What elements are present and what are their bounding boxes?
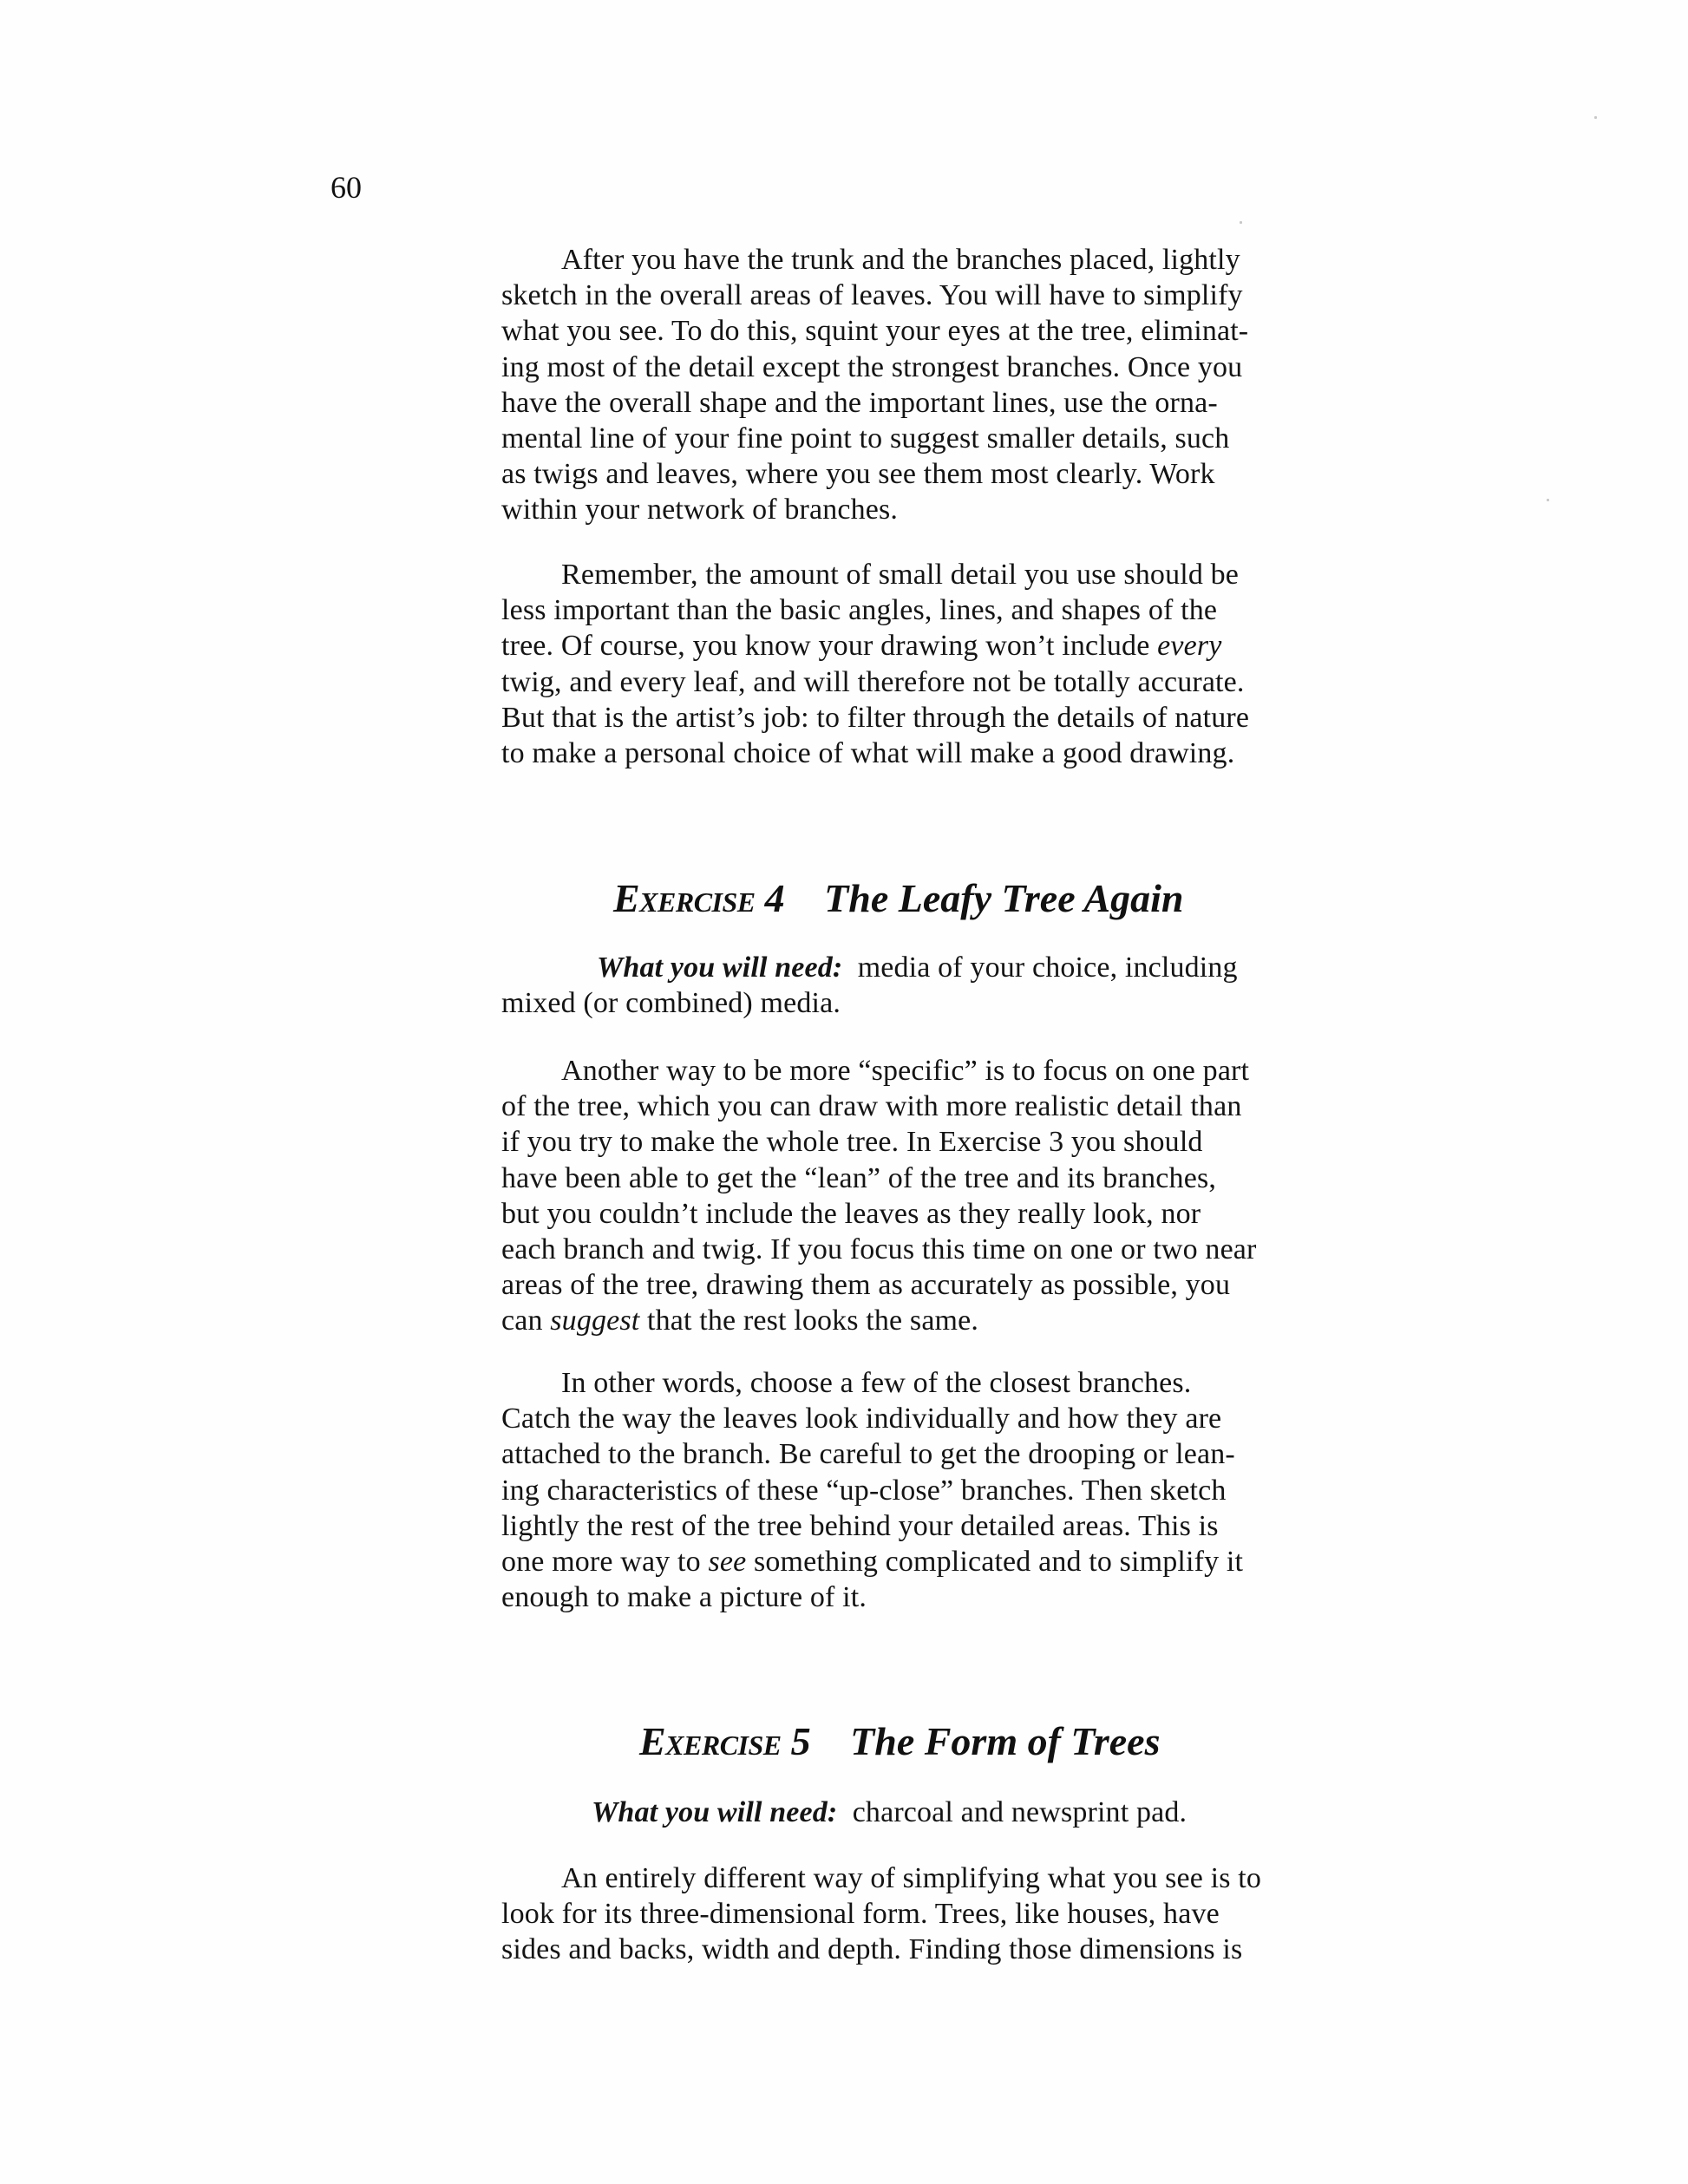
text-line: of the tree, which you can draw with mor… <box>501 1089 1334 1124</box>
text-line-with-italic: can suggest that the rest looks the same… <box>501 1303 1334 1338</box>
text-line: look for its three-dimensional form. Tre… <box>501 1896 1334 1932</box>
materials-label: What you will need: <box>597 951 842 984</box>
text-line: less important than the basic angles, li… <box>501 592 1334 628</box>
exercise-5-paragraph-1: An entirely different way of simplifying… <box>501 1860 1334 1968</box>
text-run: can <box>501 1305 550 1337</box>
scan-speck <box>1547 499 1549 501</box>
text-line: if you try to make the whole tree. In Ex… <box>501 1124 1334 1160</box>
exercise-4-paragraph-1: Another way to be more “specific” is to … <box>501 1053 1334 1339</box>
text-line: In other words, choose a few of the clos… <box>501 1365 1334 1401</box>
exercise-4-paragraph-2: In other words, choose a few of the clos… <box>501 1365 1334 1615</box>
text-line: to make a personal choice of what will m… <box>501 736 1334 771</box>
italic-emphasis: see <box>708 1546 746 1578</box>
text-line: within your network of branches. <box>501 492 1334 527</box>
page-number: 60 <box>330 170 362 205</box>
exercise-5-materials: What you will need: charcoal and newspri… <box>592 1795 1424 1830</box>
text-line: mental line of your fine point to sugges… <box>501 421 1334 456</box>
text-line: Remember, the amount of small detail you… <box>501 557 1334 592</box>
text-line: attached to the branch. Be careful to ge… <box>501 1436 1334 1472</box>
text-run: tree. Of course, you know your drawing w… <box>501 630 1157 662</box>
exercise-4-materials: What you will need: media of your choice… <box>501 950 1334 1021</box>
text-line: After you have the trunk and the branche… <box>501 242 1334 278</box>
text-line: Another way to be more “specific” is to … <box>501 1053 1334 1089</box>
text-line: as twigs and leaves, where you see them … <box>501 456 1334 492</box>
text-line: have the overall shape and the important… <box>501 385 1334 421</box>
text-line: what you see. To do this, squint your ey… <box>501 313 1334 349</box>
text-run: something complicated and to simplify it <box>746 1546 1243 1578</box>
text-line: sides and backs, width and depth. Findin… <box>501 1932 1334 1967</box>
materials-label: What you will need: <box>592 1796 837 1828</box>
exercise-label: Exercise 4 <box>613 876 784 920</box>
text-line: But that is the artist’s job: to filter … <box>501 700 1334 736</box>
text-line: each branch and twig. If you focus this … <box>501 1232 1334 1267</box>
text-line: An entirely different way of simplifying… <box>501 1860 1334 1896</box>
materials-text: charcoal and newsprint pad. <box>853 1796 1187 1828</box>
text-run: that the rest looks the same. <box>639 1305 978 1337</box>
materials-line: What you will need: charcoal and newspri… <box>592 1795 1424 1830</box>
text-line: enough to make a picture of it. <box>501 1579 1334 1615</box>
text-line: areas of the tree, drawing them as accur… <box>501 1267 1334 1303</box>
exercise-label: Exercise 5 <box>639 1719 810 1763</box>
exercise-title: The Leafy Tree Again <box>824 876 1183 920</box>
intro-paragraph-2: Remember, the amount of small detail you… <box>501 557 1334 771</box>
text-line: ing most of the detail except the strong… <box>501 350 1334 385</box>
text-line-with-italic: tree. Of course, you know your drawing w… <box>501 628 1334 664</box>
text-run: one more way to <box>501 1546 708 1578</box>
text-line: but you couldn’t include the leaves as t… <box>501 1196 1334 1232</box>
text-line: ing characteristics of these “up-close” … <box>501 1473 1334 1508</box>
text-line: have been able to get the “lean” of the … <box>501 1161 1334 1196</box>
intro-paragraph-1: After you have the trunk and the branche… <box>501 242 1334 528</box>
materials-line-2: mixed (or combined) media. <box>501 985 1334 1021</box>
text-line-with-italic: one more way to see something complicate… <box>501 1544 1334 1579</box>
text-line: sketch in the overall areas of leaves. Y… <box>501 278 1334 313</box>
book-page: 60 After you have the trunk and the bran… <box>0 0 1688 2184</box>
text-line: Catch the way the leaves look individual… <box>501 1401 1334 1436</box>
italic-emphasis: every <box>1157 630 1221 662</box>
scan-speck <box>1594 116 1597 119</box>
text-line: twig, and every leaf, and will therefore… <box>501 664 1334 700</box>
exercise-title: The Form of Trees <box>850 1719 1160 1763</box>
text-line: lightly the rest of the tree behind your… <box>501 1508 1334 1544</box>
italic-emphasis: suggest <box>550 1305 639 1337</box>
scan-speck <box>1240 221 1242 224</box>
materials-text: media of your choice, including <box>858 951 1238 984</box>
exercise-5-heading: Exercise 5The Form of Trees <box>639 1719 1160 1764</box>
materials-line: What you will need: media of your choice… <box>501 950 1334 985</box>
exercise-4-heading: Exercise 4The Leafy Tree Again <box>613 876 1183 921</box>
